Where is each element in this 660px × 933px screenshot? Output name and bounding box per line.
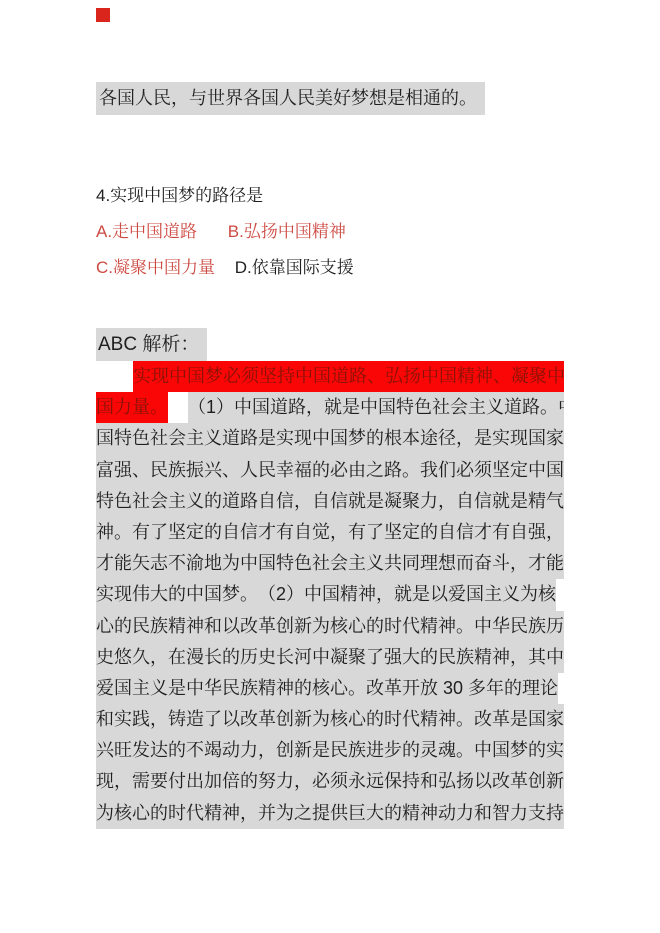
explanation-segment-gray: 史悠久，在漫长的历史长河中凝聚了强大的民族精神，其中 bbox=[96, 642, 564, 673]
explanation-segment-gray: 兴旺发达的不竭动力，创新是民族进步的灵魂。中国梦的实 bbox=[96, 735, 564, 766]
explanation-line: 史悠久，在漫长的历史长河中凝聚了强大的民族精神，其中 bbox=[96, 642, 564, 673]
explanation-line: 实现中国梦必须坚持中国道路、弘扬中国精神、凝聚中 bbox=[96, 361, 564, 392]
explanation-segment-gray: 富强、民族振兴、人民幸福的必由之路。我们必须坚定中国 bbox=[96, 455, 564, 486]
explanation-segment-gray: （1）中国道路，就是中国特色社会主义道路。中 bbox=[188, 392, 564, 423]
options-row-ab: A.走中国道路 B.弘扬中国精神 bbox=[96, 220, 346, 244]
option-d: D.依靠国际支援 bbox=[235, 258, 354, 277]
explanation-line: 兴旺发达的不竭动力，创新是民族进步的灵魂。中国梦的实 bbox=[96, 735, 564, 766]
explanation-segment-gap bbox=[168, 392, 188, 423]
intro-sentence-highlight: 各国人民，与世界各国人民美好梦想是相通的。 bbox=[96, 82, 485, 115]
explanation-segment-gray: 才能矢志不渝地为中国特色社会主义共同理想而奋斗，才能 bbox=[96, 548, 564, 579]
explanation-segment-gray: 国特色社会主义道路是实现中国梦的根本途径，是实现国家 bbox=[96, 423, 564, 454]
explanation-segment-gray: 心的民族精神和以改革创新为核心的时代精神。中华民族历 bbox=[96, 611, 564, 642]
answer-key-line: ABC 解析： bbox=[96, 328, 207, 361]
options-row-cd: C.凝聚中国力量 D.依靠国际支援 bbox=[96, 256, 354, 280]
explanation-segment-gray: 现，需要付出加倍的努力，必须永远保持和弘扬以改革创新 bbox=[96, 766, 564, 797]
explanation-line: 国特色社会主义道路是实现中国梦的根本途径，是实现国家 bbox=[96, 423, 564, 454]
explanation-line: 实现伟大的中国梦。 （2）中国精神，就是以爱国主义为核 bbox=[96, 579, 564, 610]
explanation-line: 现，需要付出加倍的努力，必须永远保持和弘扬以改革创新 bbox=[96, 766, 564, 797]
answer-key-highlight: ABC 解析： bbox=[96, 328, 207, 361]
explanation-line: 神。有了坚定的自信才有自觉，有了坚定的自信才有自强， bbox=[96, 517, 564, 548]
option-b: B.弘扬中国精神 bbox=[228, 222, 346, 241]
document-page: 各国人民，与世界各国人民美好梦想是相通的。 4.实现中国梦的路径是 A.走中国道… bbox=[0, 0, 660, 933]
explanation-segment-red: 实现中国梦必须坚持中国道路、弘扬中国精神、凝聚中 bbox=[133, 361, 564, 392]
explanation-segment-gray: 爱国主义是中华民族精神的核心。改革开放 30 多年的理论 bbox=[96, 673, 558, 704]
explanation-line: 为核心的时代精神，并为之提供巨大的精神动力和智力支持。 bbox=[96, 798, 564, 829]
explanation-line: 爱国主义是中华民族精神的核心。改革开放 30 多年的理论 bbox=[96, 673, 564, 704]
explanation-segment-red: 国力量。 bbox=[96, 392, 168, 423]
explanation-line: 才能矢志不渝地为中国特色社会主义共同理想而奋斗，才能 bbox=[96, 548, 564, 579]
explanation-segment-gray: 实现伟大的中国梦。 （2）中国精神，就是以爱国主义为核 bbox=[96, 579, 556, 610]
red-square-marker bbox=[96, 8, 110, 22]
option-c: C.凝聚中国力量 bbox=[96, 258, 215, 277]
explanation-segment-gray: 和实践，铸造了以改革创新为核心的时代精神。改革是国家 bbox=[96, 704, 564, 735]
explanation-line: 富强、民族振兴、人民幸福的必由之路。我们必须坚定中国 bbox=[96, 455, 564, 486]
explanation-line: 国力量。（1）中国道路，就是中国特色社会主义道路。中 bbox=[96, 392, 564, 423]
explanation-segment-gray: 神。有了坚定的自信才有自觉，有了坚定的自信才有自强， bbox=[96, 517, 564, 548]
option-a: A.走中国道路 bbox=[96, 222, 197, 241]
explanation-segment-gray: 为核心的时代精神，并为之提供巨大的精神动力和智力支持。 bbox=[96, 798, 564, 829]
explanation-line: 心的民族精神和以改革创新为核心的时代精神。中华民族历 bbox=[96, 611, 564, 642]
explanation-segment-gray: 特色社会主义的道路自信，自信就是凝聚力，自信就是精气 bbox=[96, 486, 564, 517]
explanation-line: 特色社会主义的道路自信，自信就是凝聚力，自信就是精气 bbox=[96, 486, 564, 517]
question-stem: 4.实现中国梦的路径是 bbox=[96, 184, 263, 208]
intro-sentence: 各国人民，与世界各国人民美好梦想是相通的。 bbox=[96, 82, 485, 115]
explanation-line: 和实践，铸造了以改革创新为核心的时代精神。改革是国家 bbox=[96, 704, 564, 735]
explanation: 实现中国梦必须坚持中国道路、弘扬中国精神、凝聚中国力量。（1）中国道路，就是中国… bbox=[96, 361, 564, 829]
